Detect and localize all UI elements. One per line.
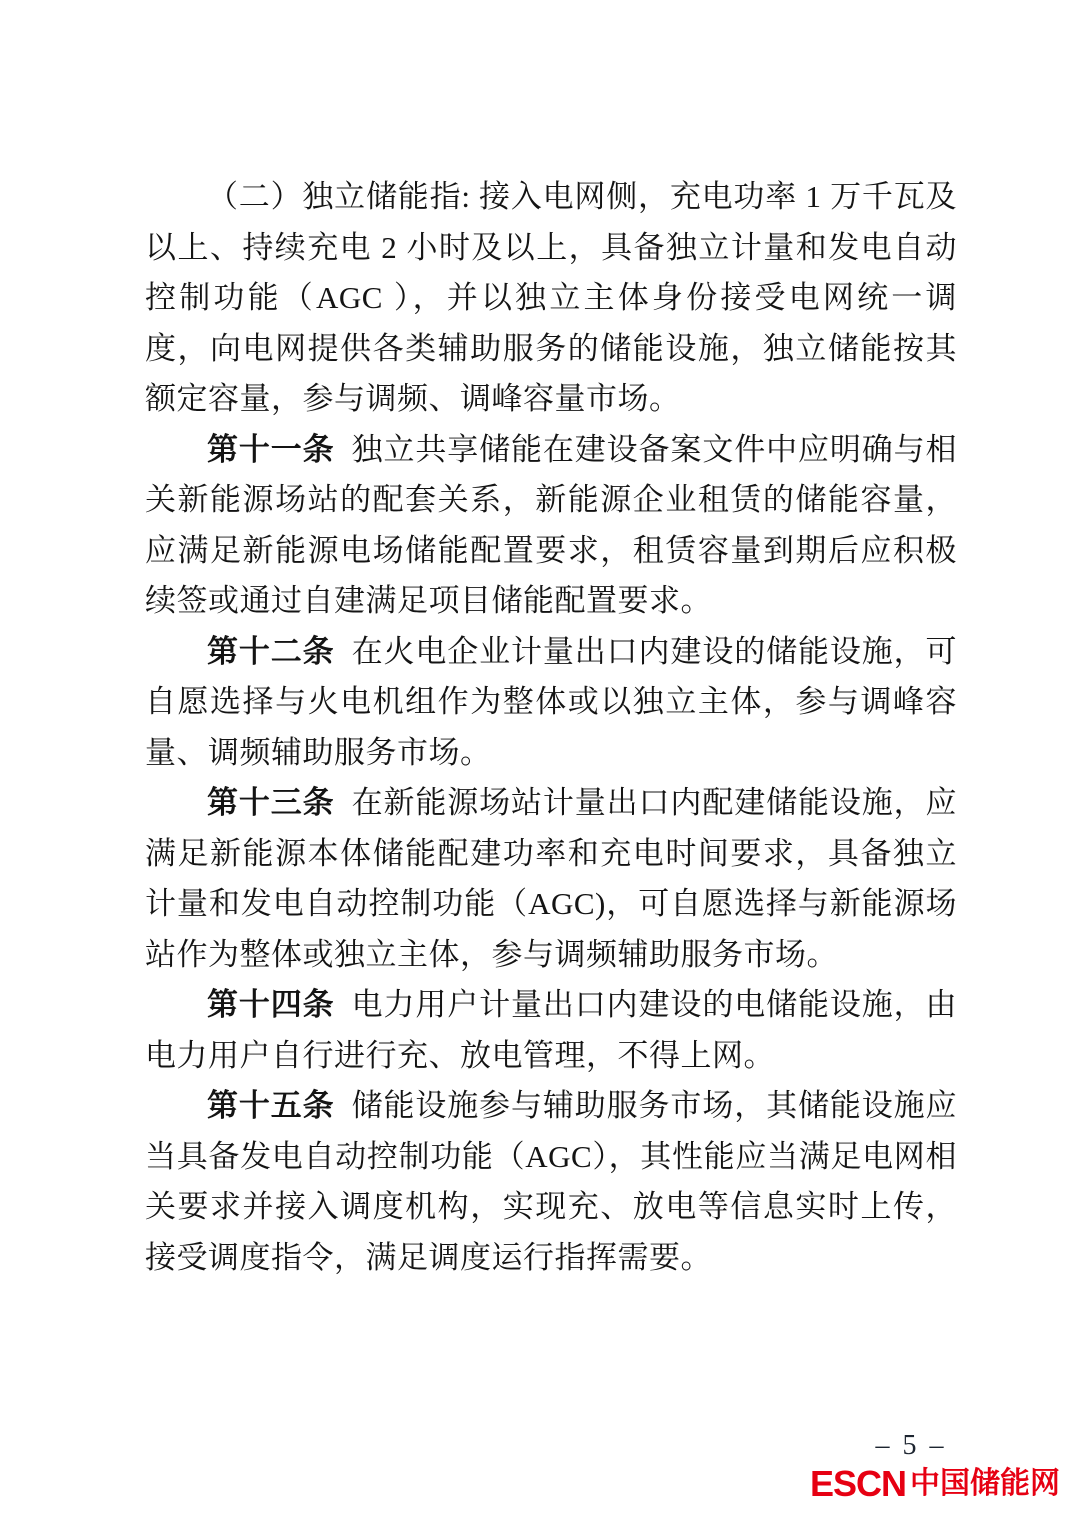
paragraph: 第十四条电力用户计量出口内建设的电储能设施，由电力用户自行进行充、放电管理，不得… xyxy=(145,980,957,1081)
logo-latin-text: ESCN xyxy=(810,1466,906,1502)
page-number: – 5 – xyxy=(856,1430,966,1462)
document-page: （二）独立储能指: 接入电网侧，充电功率 1 万千瓦及以上、持续充电 2 小时及… xyxy=(0,0,1080,1526)
paragraph: 第十三条在新能源场站计量出口内配建储能设施，应满足新能源本体储能配建功率和充电时… xyxy=(145,778,957,980)
document-body: （二）独立储能指: 接入电网侧，充电功率 1 万千瓦及以上、持续充电 2 小时及… xyxy=(145,172,957,1283)
paragraph: （二）独立储能指: 接入电网侧，充电功率 1 万千瓦及以上、持续充电 2 小时及… xyxy=(145,172,957,425)
logo-chinese-text: 中国储能网 xyxy=(910,1469,1060,1499)
paragraph: 第十五条储能设施参与辅助服务市场，其储能设施应当具备发电自动控制功能（AGC），… xyxy=(145,1081,957,1283)
paragraph-text: （二）独立储能指: 接入电网侧，充电功率 1 万千瓦及以上、持续充电 2 小时及… xyxy=(145,179,957,416)
clause-label: 第十三条 xyxy=(207,785,335,820)
clause-label: 第十四条 xyxy=(207,987,335,1022)
escn-logo: ESCN 中国储能网 xyxy=(810,1466,1060,1502)
clause-label: 第十一条 xyxy=(207,432,335,467)
paragraph: 第十二条在火电企业计量出口内建设的储能设施，可自愿选择与火电机组作为整体或以独立… xyxy=(145,627,957,779)
paragraph: 第十一条独立共享储能在建设备案文件中应明确与相关新能源场站的配套关系，新能源企业… xyxy=(145,425,957,627)
clause-label: 第十五条 xyxy=(207,1088,335,1123)
clause-label: 第十二条 xyxy=(207,634,335,669)
